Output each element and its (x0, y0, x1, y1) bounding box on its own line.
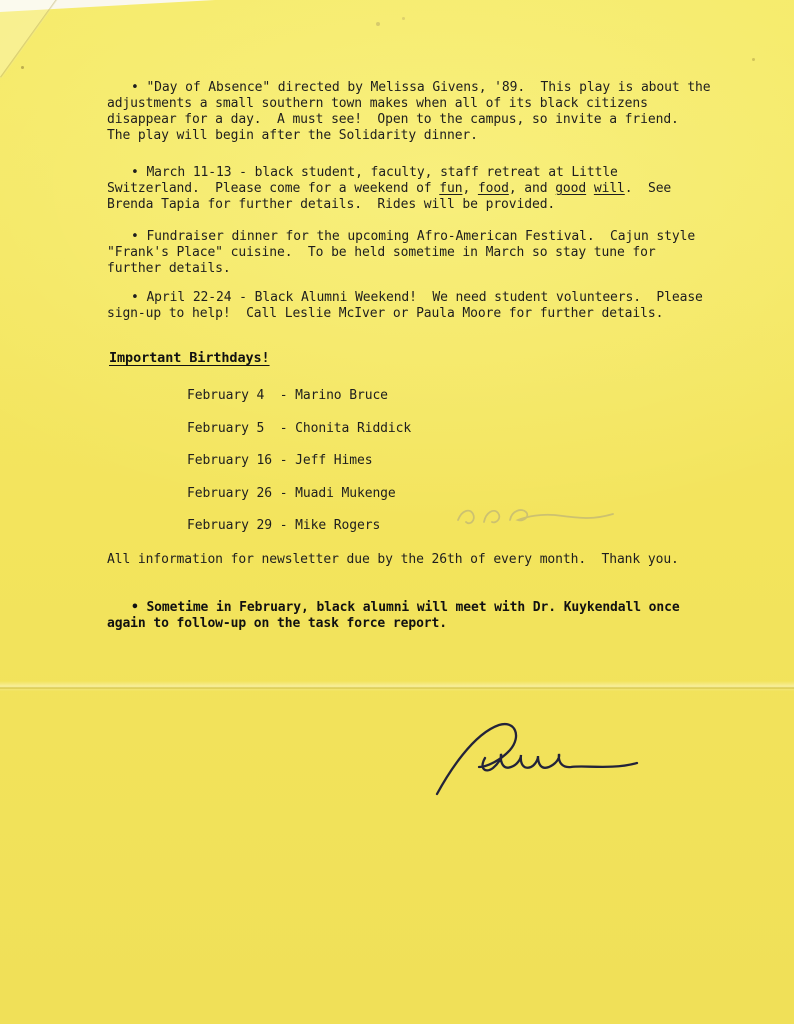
underlined-word-food: food (478, 181, 509, 196)
newsletter-deadline-note: All information for newsletter due by th… (107, 552, 679, 568)
event-bullet-fundraiser: • Fundraiser dinner for the upcoming Afr… (107, 229, 695, 277)
text-line: • April 22-24 - Black Alumni Weekend! We… (107, 290, 703, 306)
text-line: sign-up to help! Call Leslie McIver or P… (107, 306, 703, 322)
text-line: disappear for a day. A must see! Open to… (107, 112, 711, 128)
birthday-entry: February 5 - Chonita Riddick (187, 413, 411, 446)
paper-speck (752, 58, 755, 61)
paper-speck (376, 22, 380, 26)
birthday-list: February 4 - Marino Bruce February 5 - C… (187, 380, 411, 543)
paper-speck (402, 17, 405, 20)
text-line: • March 11-13 - black student, faculty, … (107, 165, 671, 181)
text-line: • Fundraiser dinner for the upcoming Afr… (107, 229, 695, 245)
bold-announcement-kuykendall: • Sometime in February, black alumni wil… (107, 600, 680, 632)
pencil-scribble (452, 500, 620, 534)
text-segment: Switzerland. Please come for a weekend o… (107, 181, 439, 196)
scanned-newsletter-page: • "Day of Absence" directed by Melissa G… (0, 0, 794, 1024)
underlined-word-fun: fun (439, 181, 462, 196)
signature-paula (425, 712, 660, 812)
birthday-entry: February 16 - Jeff Himes (187, 445, 411, 478)
text-segment: . See (625, 181, 671, 196)
text-line: All information for newsletter due by th… (107, 552, 679, 568)
text-line: • Sometime in February, black alumni wil… (107, 600, 680, 616)
text-line: again to follow-up on the task force rep… (107, 616, 680, 632)
birthday-entry: February 26 - Muadi Mukenge (187, 478, 411, 511)
birthday-entry: February 29 - Mike Rogers (187, 510, 411, 543)
birthdays-heading: Important Birthdays! (109, 350, 270, 366)
text-line: adjustments a small southern town makes … (107, 96, 711, 112)
text-line: further details. (107, 261, 695, 277)
text-line: • "Day of Absence" directed by Melissa G… (107, 80, 711, 96)
event-bullet-alumni-weekend: • April 22-24 - Black Alumni Weekend! We… (107, 290, 703, 322)
text-line-with-underlines: Switzerland. Please come for a weekend o… (107, 181, 671, 197)
text-segment: , (462, 181, 477, 196)
folded-corner-highlight (0, 0, 60, 80)
text-segment: , and (509, 181, 555, 196)
underlined-word-will: will (594, 181, 625, 196)
text-line: "Frank's Place" cuisine. To be held some… (107, 245, 695, 261)
underlined-word-good: good (555, 181, 586, 196)
text-segment (586, 181, 594, 196)
event-bullet-retreat: • March 11-13 - black student, faculty, … (107, 165, 671, 213)
horizontal-fold-crease (0, 681, 794, 691)
event-bullet-day-of-absence: • "Day of Absence" directed by Melissa G… (107, 80, 711, 144)
birthday-entry: February 4 - Marino Bruce (187, 380, 411, 413)
paper-speck (21, 66, 24, 69)
text-line: The play will begin after the Solidarity… (107, 128, 711, 144)
text-line: Brenda Tapia for further details. Rides … (107, 197, 671, 213)
